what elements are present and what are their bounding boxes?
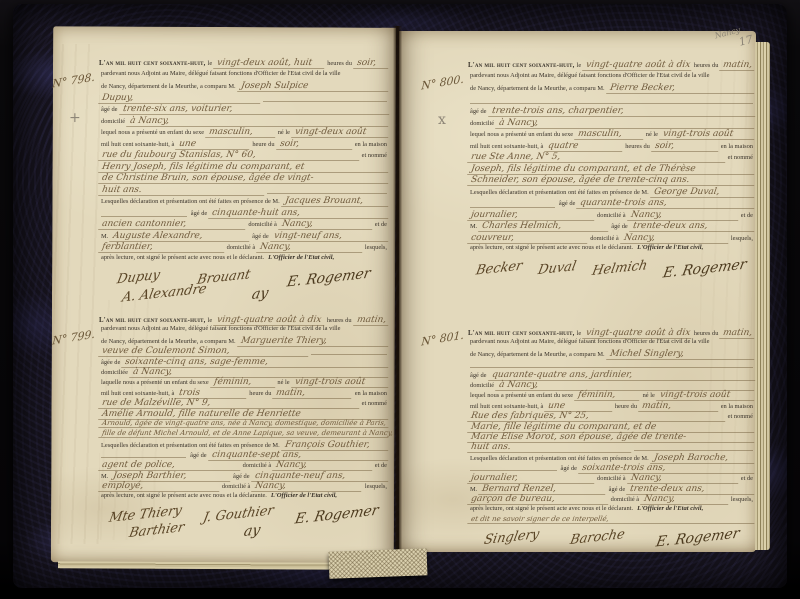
handwritten-text: quatre — [544, 141, 624, 152]
printed-text: âgé de — [607, 486, 628, 493]
act-line: pardevant nous Adjoint au Maire, délégué… — [99, 325, 389, 335]
act-line: et dit ne savoir signer de ce interpellé… — [468, 515, 755, 525]
handwritten-text: journalier, — [467, 210, 596, 221]
handwritten-text: Nancy, — [627, 473, 740, 484]
handwritten-text: soixante-cinq ans, sage-femme, — [121, 357, 389, 368]
handwritten-text: matin, — [720, 328, 756, 339]
printed-text: âgé de — [609, 223, 630, 230]
printed-text: heures du — [692, 330, 721, 337]
handwritten-text: Henry Joseph, fils légitime du comparant… — [98, 162, 390, 173]
printed-text: heure du — [613, 403, 639, 410]
handwritten-text: soir, — [353, 58, 390, 69]
printed-text: pardevant nous Adjoint au Maire, délégué… — [468, 72, 711, 79]
act-line: journalier,domicilié àNancy,et de — [468, 473, 755, 483]
act-line: rue Ste Anne, N° 5,et nommé — [468, 152, 755, 164]
act-line: Lesquelles déclaration et présentation o… — [99, 196, 389, 208]
act-line: âgé detrente-trois ans, charpentier, — [468, 106, 755, 118]
printed-text: de Nancy, département de la Meurthe, a c… — [468, 85, 607, 92]
handwritten-text: fille de défunt Michel Arnould, et de An… — [98, 429, 389, 438]
act-line: Marie Elise Morot, son épouse, âgée de t… — [468, 432, 755, 442]
handwritten-text: Amélie Arnould, fille naturelle de Henri… — [98, 409, 390, 420]
handwritten-text: masculin, — [574, 129, 644, 140]
act-line: après lecture, ont signé le présent acte… — [468, 244, 755, 256]
handwritten-text: Nancy, — [256, 242, 363, 253]
act-line: Lesquelles déclaration et présentation o… — [468, 187, 755, 199]
handwritten-text: vingt-trois août — [659, 129, 756, 140]
act-line: âgée desoixante-cinq ans, sage-femme, — [99, 357, 389, 367]
signature-row: SingleryBarocheE. Rogemer — [468, 530, 755, 553]
signature-block: Mte ThieryJ. GouthierE. RogemerBarthiera… — [99, 507, 389, 546]
act-line: Rue des fabriques, N° 25,et nommé — [468, 411, 755, 421]
handwritten-text: rue du faubourg Stanislas, N° 60, — [98, 150, 360, 161]
handwritten-text: Nancy, — [272, 460, 373, 471]
signature: Duval — [537, 258, 578, 277]
printed-text: lesquels, — [363, 483, 389, 490]
handwritten-text: trente-deux ans, — [629, 221, 756, 232]
handwritten-text: vingt-neuf ans, — [270, 231, 390, 242]
printed-text: et nommé — [360, 152, 389, 159]
printed-text: domicilié à — [246, 221, 279, 228]
act-line: âgé decinquante-huit ans, — [99, 208, 389, 220]
handwritten-text: féminin, — [574, 390, 641, 401]
printed-text: heure du — [247, 390, 273, 397]
handwritten-text: Nancy, — [620, 233, 730, 244]
printed-text: et de — [739, 212, 755, 219]
printed-text: domicilié à — [609, 496, 642, 503]
printed-text: domicilié à — [220, 483, 253, 490]
page-stack-edge-right — [755, 42, 770, 550]
handwritten-text: vingt-quatre août à dix — [582, 60, 692, 71]
printed-text: heures du — [692, 62, 721, 69]
act-line: domiciliéà Nancy, — [468, 380, 755, 390]
handwritten-text: vingt-trois août — [291, 377, 390, 388]
page-stack-edge-bottom — [58, 561, 348, 570]
act-line: Marie, fille légitime du comparant, et d… — [468, 422, 755, 432]
act-line: âgé dequarante-trois ans, — [468, 198, 755, 210]
handwritten-text: soir, — [276, 139, 354, 150]
handwritten-text: Schneider, son épouse, âgée de trente-ci… — [467, 175, 756, 186]
act-line: M.Auguste Alexandre,âgé devingt-neuf ans… — [99, 231, 389, 243]
birth-act-bottom-left: N° 799. L'an mil huit cent soixante-huit… — [99, 315, 389, 546]
cloth-binding-tab — [329, 548, 428, 578]
signature: E. Rogemer — [654, 526, 740, 551]
printed-label: L'Officier de l'Etat civil, — [635, 505, 705, 512]
blank-rule — [470, 102, 753, 104]
printed-text: né le — [276, 129, 292, 136]
act-line: âgé decinquante-sept ans, — [99, 450, 389, 460]
act-line: Lesquelles déclaration et présentation o… — [99, 440, 389, 450]
signature-row: BeckerDuvalHelmichE. Rogemer — [468, 261, 755, 284]
printed-text: heures du — [623, 143, 652, 150]
handwritten-text: matin, — [720, 60, 756, 71]
pencil-folio-number: 17 — [738, 34, 754, 48]
act-line: M.Charles Helmich,âgé detrente-deux ans, — [468, 221, 755, 233]
handwritten-text: rue de Malzéville, N° 9, — [98, 398, 360, 409]
act-line: Joseph, fils légitime du comparant, et d… — [468, 164, 755, 176]
blank-rule — [470, 469, 557, 471]
register-photo: Nancy 17 N° 798. + L'an mil huit cent so… — [0, 0, 800, 599]
blank-rule — [267, 192, 387, 194]
signature-row: A. Alexandreay — [99, 286, 389, 309]
act-line: employé,domicilié àNancy,lesquels, — [99, 481, 389, 491]
printed-text: domicilié à — [595, 475, 628, 482]
printed-text: âgé de — [189, 210, 210, 217]
printed-text: né le — [275, 379, 291, 386]
printed-text: et nommé — [360, 400, 389, 407]
printed-text: âgée de — [99, 359, 122, 366]
act-line: Schneider, son épouse, âgée de trente-ci… — [468, 175, 755, 187]
pencil-mark: x — [438, 112, 446, 128]
printed-text: pardevant nous Adjoint au Maire, délégué… — [99, 70, 342, 77]
printed-label: L'Officier de l'Etat civil, — [635, 244, 705, 251]
printed-text: lesquels, — [729, 496, 755, 503]
signature: Helmich — [591, 257, 649, 278]
handwritten-text: cinquante-huit ans, — [208, 208, 390, 219]
printed-text: mil huit cent soixante-huit, à — [468, 143, 545, 150]
printed-text: mil huit cent soixante-huit, à — [468, 403, 545, 410]
act-body: L'an mil huit cent soixante-huit,levingt… — [468, 328, 755, 525]
handwritten-text: Rue des fabriques, N° 25, — [467, 411, 726, 422]
printed-text: domiciliée — [99, 369, 130, 376]
act-line: agent de police,domicilié àNancy,et de — [99, 460, 389, 470]
handwritten-text: Joseph, fils légitime du comparant, et d… — [467, 164, 756, 175]
signature: Baroche — [569, 527, 626, 548]
handwritten-text: vingt-deux août — [291, 127, 390, 138]
pencil-mark: + — [69, 110, 81, 126]
printed-text: Lesquelles déclaration et présentation o… — [99, 442, 282, 449]
act-line: de Nancy, département de la Meurthe, a c… — [468, 83, 755, 95]
handwritten-text: Auguste Alexandre, — [109, 231, 251, 242]
printed-text: âgé de — [468, 372, 489, 379]
printed-text: heures du — [325, 317, 354, 324]
printed-text: domicilié à — [225, 244, 258, 251]
handwritten-text: Dupuy, — [98, 93, 261, 104]
act-line: âgé detrente-six ans, voiturier, — [99, 104, 389, 116]
handwritten-text: vingt-quatre août à dix — [213, 315, 325, 326]
act-line: Amélie Arnould, fille naturelle de Henri… — [99, 409, 389, 419]
act-line: L'an mil huit cent soixante-huit,levingt… — [468, 328, 755, 338]
signature: ay — [243, 522, 262, 540]
signature: Dupuy — [116, 268, 162, 288]
handwritten-text: à Nancy, — [126, 116, 390, 127]
blank-rule — [634, 449, 753, 451]
blank-rule — [263, 100, 387, 102]
printed-text: et de — [739, 475, 755, 482]
act-line: domiciliéeà Nancy, — [99, 367, 389, 377]
act-line: Dupuy, — [99, 93, 389, 105]
signature-block: DupuyBrouantE. RogemerA. Alexandreay — [99, 270, 389, 309]
printed-text: domicilié — [468, 382, 496, 389]
act-line: domiciliéà Nancy, — [99, 116, 389, 128]
handwritten-text: Michel Singlery, — [606, 349, 756, 360]
act-line: garçon de bureau,domicilié àNancy,lesque… — [468, 494, 755, 504]
act-line: mil huit cent soixante-huit, àquatreheur… — [468, 141, 755, 153]
handwritten-text: quarante-trois ans, — [577, 198, 756, 209]
signature: Barthier — [128, 520, 186, 541]
birth-act-bottom-right: N° 801. L'an mil huit cent soixante-huit… — [468, 328, 755, 553]
act-line: mil huit cent soixante-huit, àtroisheure… — [99, 388, 389, 398]
printed-text: âgé de — [99, 106, 120, 113]
printed-text: domicilié à — [241, 462, 274, 469]
handwritten-text: employé, — [98, 481, 221, 492]
act-line: rue de Malzéville, N° 9,et nommé — [99, 398, 389, 408]
act-line: mil huit cent soixante-huit, àuneheure d… — [468, 401, 755, 411]
handwritten-text: George Duval, — [650, 187, 756, 198]
handwritten-text: couvreur, — [467, 233, 589, 244]
printed-text: lesquels, — [363, 244, 389, 251]
act-line: mil huit cent soixante-huit, àuneheure d… — [99, 139, 389, 151]
act-line: après lecture, ont signé le présent acte… — [99, 492, 389, 502]
printed-label: L'Officier de l'Etat civil, — [269, 492, 339, 499]
act-body: L'an mil huit cent soixante-huit,levingt… — [468, 60, 755, 256]
printed-text: mil huit cent soixante-huit, à — [99, 390, 176, 397]
act-line: ferblantier,domicilié àNancy,lesquels, — [99, 242, 389, 254]
act-line: lequel nous a présenté un enfant du sexe… — [468, 390, 755, 400]
act-line: de Nancy, département de la Meurthe, a c… — [468, 349, 755, 359]
act-line: L'an mil huit cent soixante-huit,levingt… — [468, 60, 755, 72]
signature-block: BeckerDuvalHelmichE. Rogemer — [468, 261, 755, 284]
act-line: pardevant nous Adjoint au Maire, délégué… — [99, 70, 389, 82]
handwritten-text: vingt-deux août, huit — [213, 58, 326, 69]
printed-text: après lecture, ont signé le présent acte… — [468, 505, 635, 512]
printed-text: domicilié — [99, 118, 127, 125]
act-line: journalier,domicilié àNancy,et de — [468, 210, 755, 222]
printed-text: Lesquelles déclaration et présentation o… — [99, 198, 282, 205]
blank-rule — [470, 206, 555, 208]
handwritten-text: de Christine Bruin, son épouse, âgée de … — [98, 173, 390, 184]
printed-text: L'an mil huit cent soixante-huit, — [468, 62, 575, 69]
printed-text: de Nancy, département de la Meurthe, a c… — [99, 338, 238, 345]
handwritten-text: veuve de Coulemont Simon, — [98, 346, 310, 357]
handwritten-text: Nancy, — [627, 210, 740, 221]
act-line: de Nancy, département de la Meurthe, a c… — [99, 81, 389, 93]
handwritten-text: garçon de bureau, — [467, 494, 609, 505]
printed-text: âgé de — [559, 465, 580, 472]
printed-text: L'an mil huit cent soixante-huit, — [99, 317, 206, 324]
act-line — [468, 359, 755, 369]
act-line: âgé desoixante-trois ans, — [468, 463, 755, 473]
act-line: pardevant nous Adjoint au Maire, délégué… — [468, 72, 755, 84]
signature: ay — [250, 285, 269, 303]
printed-text: après lecture, ont signé le présent acte… — [468, 244, 635, 251]
handwritten-text: à Nancy, — [495, 118, 756, 129]
signature: E. Rogemer — [662, 256, 748, 281]
printed-text: lesquels, — [729, 235, 755, 242]
act-line: pardevant nous Adjoint au Maire, délégué… — [468, 338, 755, 348]
signature-row: Barthieray — [99, 523, 389, 546]
printed-text: né le — [641, 392, 657, 399]
act-line — [468, 95, 755, 107]
handwritten-text: Nancy, — [252, 481, 364, 492]
handwritten-text: Nancy, — [278, 219, 374, 230]
printed-text: heure du — [250, 141, 276, 148]
handwritten-text: Marie, fille légitime du comparant, et d… — [467, 422, 756, 433]
act-line: Lesquelles déclaration et présentation o… — [468, 453, 755, 463]
printed-text: âgé de — [231, 473, 252, 480]
signature-block: SingleryBarocheE. Rogemer — [468, 530, 755, 553]
printed-text: domicilié à — [595, 212, 628, 219]
printed-text: âgé de — [468, 108, 489, 115]
handwritten-text: Arnould, âgée de vingt-quatre ans, née à… — [98, 419, 389, 428]
printed-text: heures du — [325, 60, 354, 67]
handwritten-text: ferblantier, — [98, 242, 225, 253]
act-line: de Nancy, département de la Meurthe, a c… — [99, 336, 389, 346]
blank-rule — [311, 353, 387, 355]
act-line: après lecture, ont signé le présent acte… — [99, 254, 389, 266]
handwritten-text: huit ans. — [467, 442, 633, 453]
handwritten-text: Jacques Brouant, — [281, 196, 390, 207]
blank-rule — [101, 456, 186, 458]
printed-text: lequel nous a présenté un enfant du sexe — [468, 131, 575, 138]
act-line: Arnould, âgée de vingt-quatre ans, née à… — [99, 419, 389, 429]
printed-text: après lecture, ont signé le présent acte… — [99, 254, 266, 261]
printed-text: en la maison — [353, 141, 389, 148]
printed-text: domicilié — [468, 120, 496, 127]
printed-text: domicilié à — [588, 235, 621, 242]
handwritten-text: agent de police, — [98, 460, 241, 471]
signature: Singlery — [482, 527, 540, 548]
handwritten-text: Nancy, — [640, 494, 729, 505]
act-line: M.Joseph Barthier,âgé decinquante-neuf a… — [99, 471, 389, 481]
printed-text: L'an mil huit cent soixante-huit, — [99, 60, 206, 67]
act-body: L'an mil huit cent soixante-huit,levingt… — [99, 58, 389, 265]
act-line: huit ans. — [99, 185, 389, 197]
handwritten-text: Charles Helmich, — [478, 221, 610, 232]
handwritten-text: une — [175, 139, 251, 150]
printed-text: né le — [644, 131, 660, 138]
act-line: M.Bernard Renzel,âgé detrente-deux ans, — [468, 484, 755, 494]
act-body: L'an mil huit cent soixante-huit,levingt… — [99, 315, 389, 502]
act-line: L'an mil huit cent soixante-huit,levingt… — [99, 315, 389, 325]
handwritten-text: et dit ne savoir signer de ce interpellé… — [467, 515, 755, 524]
handwritten-text: rue Ste Anne, N° 5, — [467, 152, 726, 163]
handwritten-text: quarante-quatre ans, jardinier, — [488, 370, 756, 381]
printed-text: de Nancy, département de la Meurthe, a c… — [468, 351, 607, 358]
printed-text: pardevant nous Adjoint au Maire, délégué… — [99, 325, 342, 332]
act-line: lequel nous a présenté un enfant du sexe… — [468, 129, 755, 141]
act-line: âgé dequarante-quatre ans, jardinier, — [468, 370, 755, 380]
binding-gutter — [393, 26, 402, 564]
printed-text: et nommé — [726, 413, 755, 420]
printed-text: laquelle nous a présenté un enfant du se… — [99, 379, 211, 386]
act-line: couvreur,domicilié àNancy,lesquels, — [468, 233, 755, 245]
printed-text: en la maison — [353, 390, 389, 397]
printed-text: de Nancy, département de la Meurthe, a c… — [99, 83, 238, 90]
act-line: rue du faubourg Stanislas, N° 60,et nomm… — [99, 150, 389, 162]
birth-act-top-right: N° 800. x L'an mil huit cent soixante-hu… — [468, 60, 755, 284]
act-line: huit ans. — [468, 442, 755, 452]
printed-text: âgé de — [250, 233, 271, 240]
printed-text: et de — [373, 221, 389, 228]
act-line: fille de défunt Michel Arnould, et de An… — [99, 429, 389, 439]
act-line: de Christine Bruin, son épouse, âgée de … — [99, 173, 389, 185]
printed-text: lequel nous a présenté un enfant du sexe — [99, 129, 206, 136]
printed-text: âgé de — [557, 200, 578, 207]
printed-text: après lecture, ont signé le présent acte… — [99, 492, 269, 499]
handwritten-text: matin, — [353, 315, 390, 326]
act-line: lequel nous a présenté un enfant du sexe… — [99, 127, 389, 139]
act-line: L'an mil huit cent soixante-huit,levingt… — [99, 58, 389, 70]
act-line: veuve de Coulemont Simon, — [99, 346, 389, 356]
act-line: laquelle nous a présenté un enfant du se… — [99, 377, 389, 387]
blank-rule — [101, 215, 187, 217]
printed-text: Lesquelles déclaration et présentation o… — [468, 189, 651, 196]
birth-act-top-left: N° 798. + L'an mil huit cent soixante-hu… — [99, 58, 389, 309]
signature: Becker — [475, 258, 524, 278]
printed-text: mil huit cent soixante-huit, à — [99, 141, 176, 148]
handwritten-text: ancien cantonnier, — [98, 219, 247, 230]
handwritten-text: vingt-trois août — [656, 390, 756, 401]
act-line: ancien cantonnier,domicilié àNancy,et de — [99, 219, 389, 231]
printed-text: âgé de — [188, 452, 209, 459]
printed-text: Lesquelles déclaration et présentation o… — [468, 455, 651, 462]
blank-rule — [470, 366, 753, 368]
act-line: après lecture, ont signé le présent acte… — [468, 505, 755, 515]
printed-text: et de — [373, 462, 389, 469]
printed-text: pardevant nous Adjoint au Maire, délégué… — [468, 338, 711, 345]
handwritten-text: Pierre Becker, — [606, 83, 756, 94]
printed-text: en la maison — [719, 403, 755, 410]
printed-text: en la maison — [719, 143, 755, 150]
handwritten-text: féminin, — [210, 377, 276, 388]
printed-text: lequel nous a présenté un enfant du sexe — [468, 392, 575, 399]
handwritten-text: vingt-quatre août à dix — [582, 328, 692, 339]
handwritten-text: huit ans. — [98, 185, 266, 196]
act-line: domiciliéà Nancy, — [468, 118, 755, 130]
act-line: Henry Joseph, fils légitime du comparant… — [99, 162, 389, 174]
handwritten-text: masculin, — [205, 127, 276, 138]
handwritten-text: soir, — [651, 141, 720, 152]
handwritten-text: journalier, — [467, 473, 596, 484]
printed-label: L'Officier de l'Etat civil, — [266, 254, 336, 261]
handwritten-text: Joseph Sulpice — [237, 81, 390, 92]
handwritten-text: trente-six ans, voiturier, — [119, 104, 390, 115]
printed-text: et nommé — [726, 154, 755, 161]
printed-text: L'an mil huit cent soixante-huit, — [468, 330, 575, 337]
handwritten-text: trente-trois ans, charpentier, — [488, 106, 756, 117]
